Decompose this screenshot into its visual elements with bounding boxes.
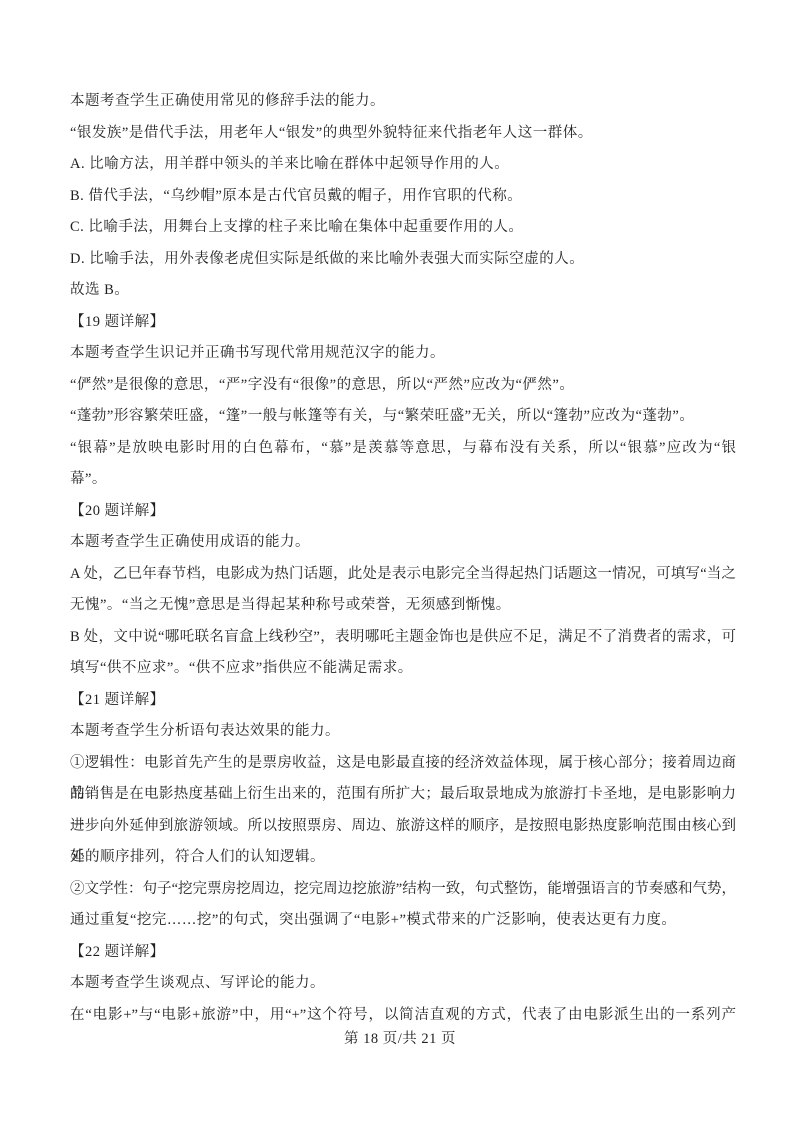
text-line: 通过重复“挖完……挖”的句式，突出强调了“电影+”模式带来的广泛影响，使表达更有… [70, 905, 736, 937]
text-line: ①逻辑性：电影首先产生的是票房收益，这是电影最直接的经济效益体现，属于核心部分；… [70, 748, 736, 780]
text-line: 填写“供不应求”。“供不应求”指供应不能满足需求。 [70, 653, 736, 685]
heading-q19-explanation: 【19 题详解】 [70, 307, 736, 339]
answer-line: 故选 B。 [70, 275, 736, 307]
text-line: 无愧”。“当之无愧”意思是当得起某种称号或荣誉，无须感到惭愧。 [70, 590, 736, 622]
text-line: 一步向外延伸到旅游领域。所以按照票房、周边、旅游这样的顺序，是按照电影热度影响范… [70, 811, 736, 843]
text-line: “银幕”是放映电影时用的白色幕布，“慕”是羡慕等意思，与幕布没有关系，所以“银慕… [70, 433, 736, 465]
option-a-line: A. 比喻方法，用羊群中领头的羊来比喻在群体中起领导作用的人。 [70, 149, 736, 181]
text-line: A 处，乙巳年春节档，电影成为热门话题，此处是表示电影完全当得起热门话题这一情况… [70, 559, 736, 591]
text-line: 本题考查学生正确使用成语的能力。 [70, 527, 736, 559]
text-line: 幕”。 [70, 464, 736, 496]
heading-q22-explanation: 【22 题详解】 [70, 937, 736, 969]
document-page: 本题考查学生正确使用常见的修辞手法的能力。 “银发族”是借代手法，用老年人“银发… [0, 0, 800, 1132]
text-line: B 处，文中说“哪吒联名盲盒上线秒空”，表明哪吒主题金饰也是供应不足，满足不了消… [70, 622, 736, 654]
text-line: “俨然”是很像的意思，“严”字没有“很像”的意思，所以“严然”应改为“俨然”。 [70, 370, 736, 402]
text-line: 的销售是在电影热度基础上衍生出来的，范围有所扩大；最后取景地成为旅游打卡圣地，是… [70, 779, 736, 811]
option-d-line: D. 比喻手法，用外表像老虎但实际是纸做的来比喻外表强大而实际空虚的人。 [70, 244, 736, 276]
text-line: 本题考查学生正确使用常见的修辞手法的能力。 [70, 86, 736, 118]
text-line: “蓬勃”形容繁荣旺盛，“篷”一般与帐篷等有关，与“繁荣旺盛”无关，所以“篷勃”应… [70, 401, 736, 433]
page-number: 第 18 页/共 21 页 [0, 1024, 800, 1056]
option-c-line: C. 比喻手法，用舞台上支撑的柱子来比喻在集体中起重要作用的人。 [70, 212, 736, 244]
heading-q20-explanation: 【20 题详解】 [70, 496, 736, 528]
text-line: 本题考查学生谈观点、写评论的能力。 [70, 968, 736, 1000]
text-line: 延的顺序排列，符合人们的认知逻辑。 [70, 842, 736, 874]
heading-q21-explanation: 【21 题详解】 [70, 685, 736, 717]
option-b-line: B. 借代手法，“乌纱帽”原本是古代官员戴的帽子，用作官职的代称。 [70, 181, 736, 213]
text-line: 本题考查学生分析语句表达效果的能力。 [70, 716, 736, 748]
text-line: “银发族”是借代手法，用老年人“银发”的典型外貌特征来代指老年人这一群体。 [70, 118, 736, 150]
document-body: 本题考查学生正确使用常见的修辞手法的能力。 “银发族”是借代手法，用老年人“银发… [70, 86, 736, 1031]
text-line: 本题考查学生识记并正确书写现代常用规范汉字的能力。 [70, 338, 736, 370]
text-line: ②文学性：句子“挖完票房挖周边，挖完周边挖旅游”结构一致，句式整饬，能增强语言的… [70, 874, 736, 906]
